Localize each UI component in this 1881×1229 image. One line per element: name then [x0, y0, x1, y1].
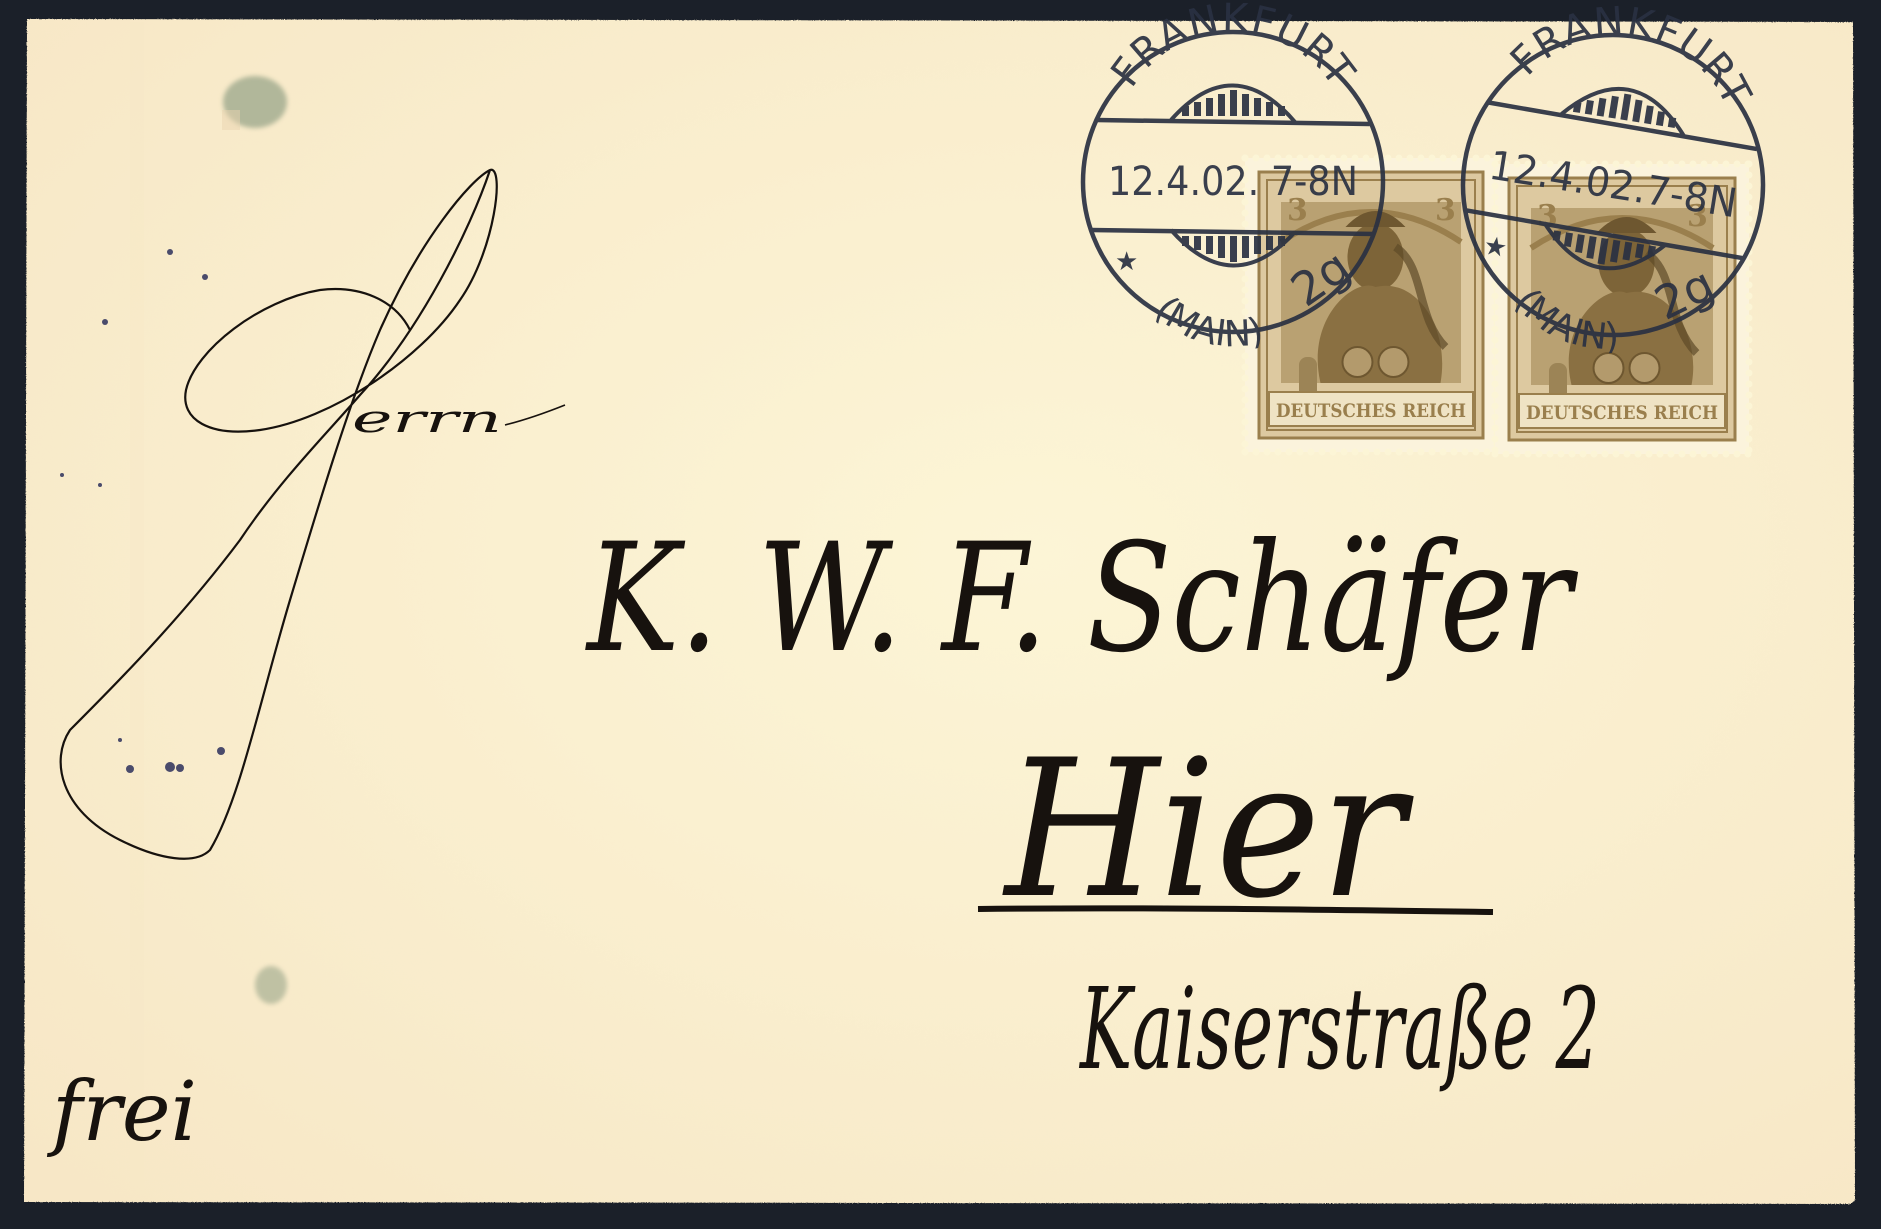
postmark-star: ★	[1482, 231, 1510, 264]
ink-speck	[118, 738, 122, 742]
addressee-name: K. W. F. Schäfer	[585, 512, 1579, 686]
ink-speck	[217, 747, 225, 755]
stamp-country: DEUTSCHES REICH	[1276, 400, 1466, 422]
ink-speck	[176, 764, 184, 772]
stain-bottom	[255, 966, 287, 1004]
ink-speck	[167, 249, 173, 255]
ink-speck	[126, 765, 134, 773]
addressee-street: Kaiserstraße 2	[1079, 965, 1600, 1095]
postmark-date: 12.4.02. 7-8N	[1108, 159, 1358, 205]
stamp-country: DEUTSCHES REICH	[1526, 402, 1718, 424]
stamp-value-right: 3	[1435, 193, 1456, 228]
fold-shade	[130, 22, 144, 1200]
envelope-scene: 33DEUTSCHES REICH33DEUTSCHES REICH FRANK…	[0, 0, 1881, 1229]
city-underline	[978, 908, 1493, 912]
salutation-tail: errn	[352, 397, 502, 441]
ink-speck	[102, 319, 108, 325]
postage-note-frei: frei	[46, 1065, 197, 1160]
ink-speck	[202, 274, 208, 280]
stain-top-tape	[222, 110, 240, 130]
ink-speck	[165, 762, 175, 772]
ink-speck	[98, 483, 102, 487]
postmark-star: ★	[1115, 247, 1138, 277]
ink-speck	[60, 473, 64, 477]
